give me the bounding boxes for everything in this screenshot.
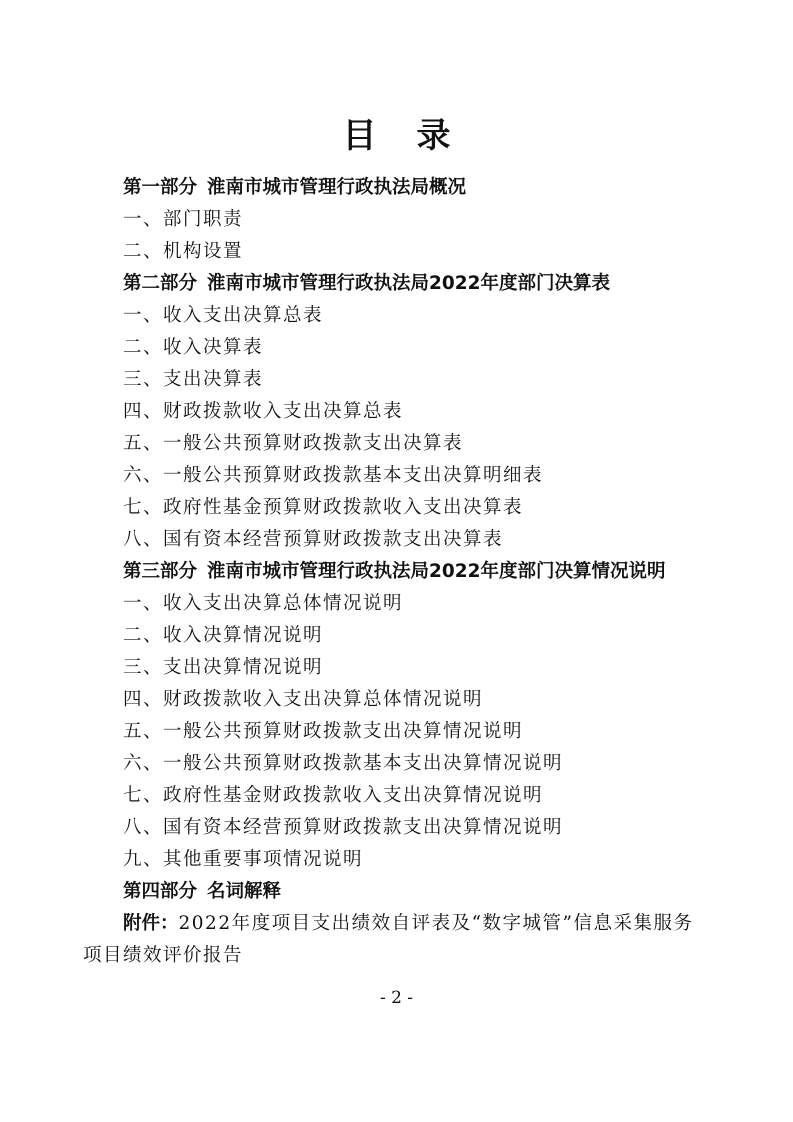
- part-heading: 淮南市城市管理行政执法局概况: [207, 177, 466, 198]
- page-number: - 2 -: [0, 988, 793, 1008]
- toc-part-1[interactable]: 第一部分淮南市城市管理行政执法局概况: [123, 172, 723, 204]
- toc-attachment[interactable]: 附件：2022年度项目支出绩效自评表及“数字城管”信息采集服务: [123, 908, 723, 940]
- part-label: 第一部分: [123, 177, 197, 198]
- toc-item[interactable]: 八、国有资本经营预算财政拨款支出决算情况说明: [123, 812, 723, 844]
- part-heading: 名词解释: [207, 881, 281, 902]
- toc-item[interactable]: 一、收入支出决算总体情况说明: [123, 588, 723, 620]
- toc-item[interactable]: 七、政府性基金预算财政拨款收入支出决算表: [123, 492, 723, 524]
- toc-item[interactable]: 五、一般公共预算财政拨款支出决算情况说明: [123, 716, 723, 748]
- table-of-contents: 第一部分淮南市城市管理行政执法局概况 一、部门职责 二、机构设置 第二部分淮南市…: [123, 172, 723, 940]
- part-label: 第四部分: [123, 881, 197, 902]
- toc-item[interactable]: 三、支出决算情况说明: [123, 652, 723, 684]
- toc-item[interactable]: 一、收入支出决算总表: [123, 300, 723, 332]
- part-heading: 淮南市城市管理行政执法局2022年度部门决算情况说明: [207, 561, 666, 582]
- page-title: 目录: [0, 108, 793, 157]
- part-heading: 淮南市城市管理行政执法局2022年度部门决算表: [207, 273, 610, 294]
- toc-item[interactable]: 六、一般公共预算财政拨款基本支出决算情况说明: [123, 748, 723, 780]
- toc-item[interactable]: 九、其他重要事项情况说明: [123, 844, 723, 876]
- toc-item[interactable]: 七、政府性基金财政拨款收入支出决算情况说明: [123, 780, 723, 812]
- toc-item[interactable]: 一、部门职责: [123, 204, 723, 236]
- toc-item[interactable]: 六、一般公共预算财政拨款基本支出决算明细表: [123, 460, 723, 492]
- toc-item[interactable]: 五、一般公共预算财政拨款支出决算表: [123, 428, 723, 460]
- attachment-label: 附件：: [123, 913, 179, 934]
- toc-part-2[interactable]: 第二部分淮南市城市管理行政执法局2022年度部门决算表: [123, 268, 723, 300]
- toc-item[interactable]: 四、财政拨款收入支出决算总体情况说明: [123, 684, 723, 716]
- toc-item[interactable]: 二、收入决算表: [123, 332, 723, 364]
- toc-item[interactable]: 八、国有资本经营预算财政拨款支出决算表: [123, 524, 723, 556]
- part-label: 第二部分: [123, 273, 197, 294]
- toc-item[interactable]: 三、支出决算表: [123, 364, 723, 396]
- toc-item[interactable]: 四、财政拨款收入支出决算总表: [123, 396, 723, 428]
- toc-part-3[interactable]: 第三部分淮南市城市管理行政执法局2022年度部门决算情况说明: [123, 556, 723, 588]
- part-label: 第三部分: [123, 561, 197, 582]
- attachment-text: 2022年度项目支出绩效自评表及“数字城管”信息采集服务: [179, 913, 694, 934]
- toc-part-4[interactable]: 第四部分名词解释: [123, 876, 723, 908]
- attachment-text-continued: 项目绩效评价报告: [83, 940, 243, 972]
- toc-item[interactable]: 二、机构设置: [123, 236, 723, 268]
- toc-item[interactable]: 二、收入决算情况说明: [123, 620, 723, 652]
